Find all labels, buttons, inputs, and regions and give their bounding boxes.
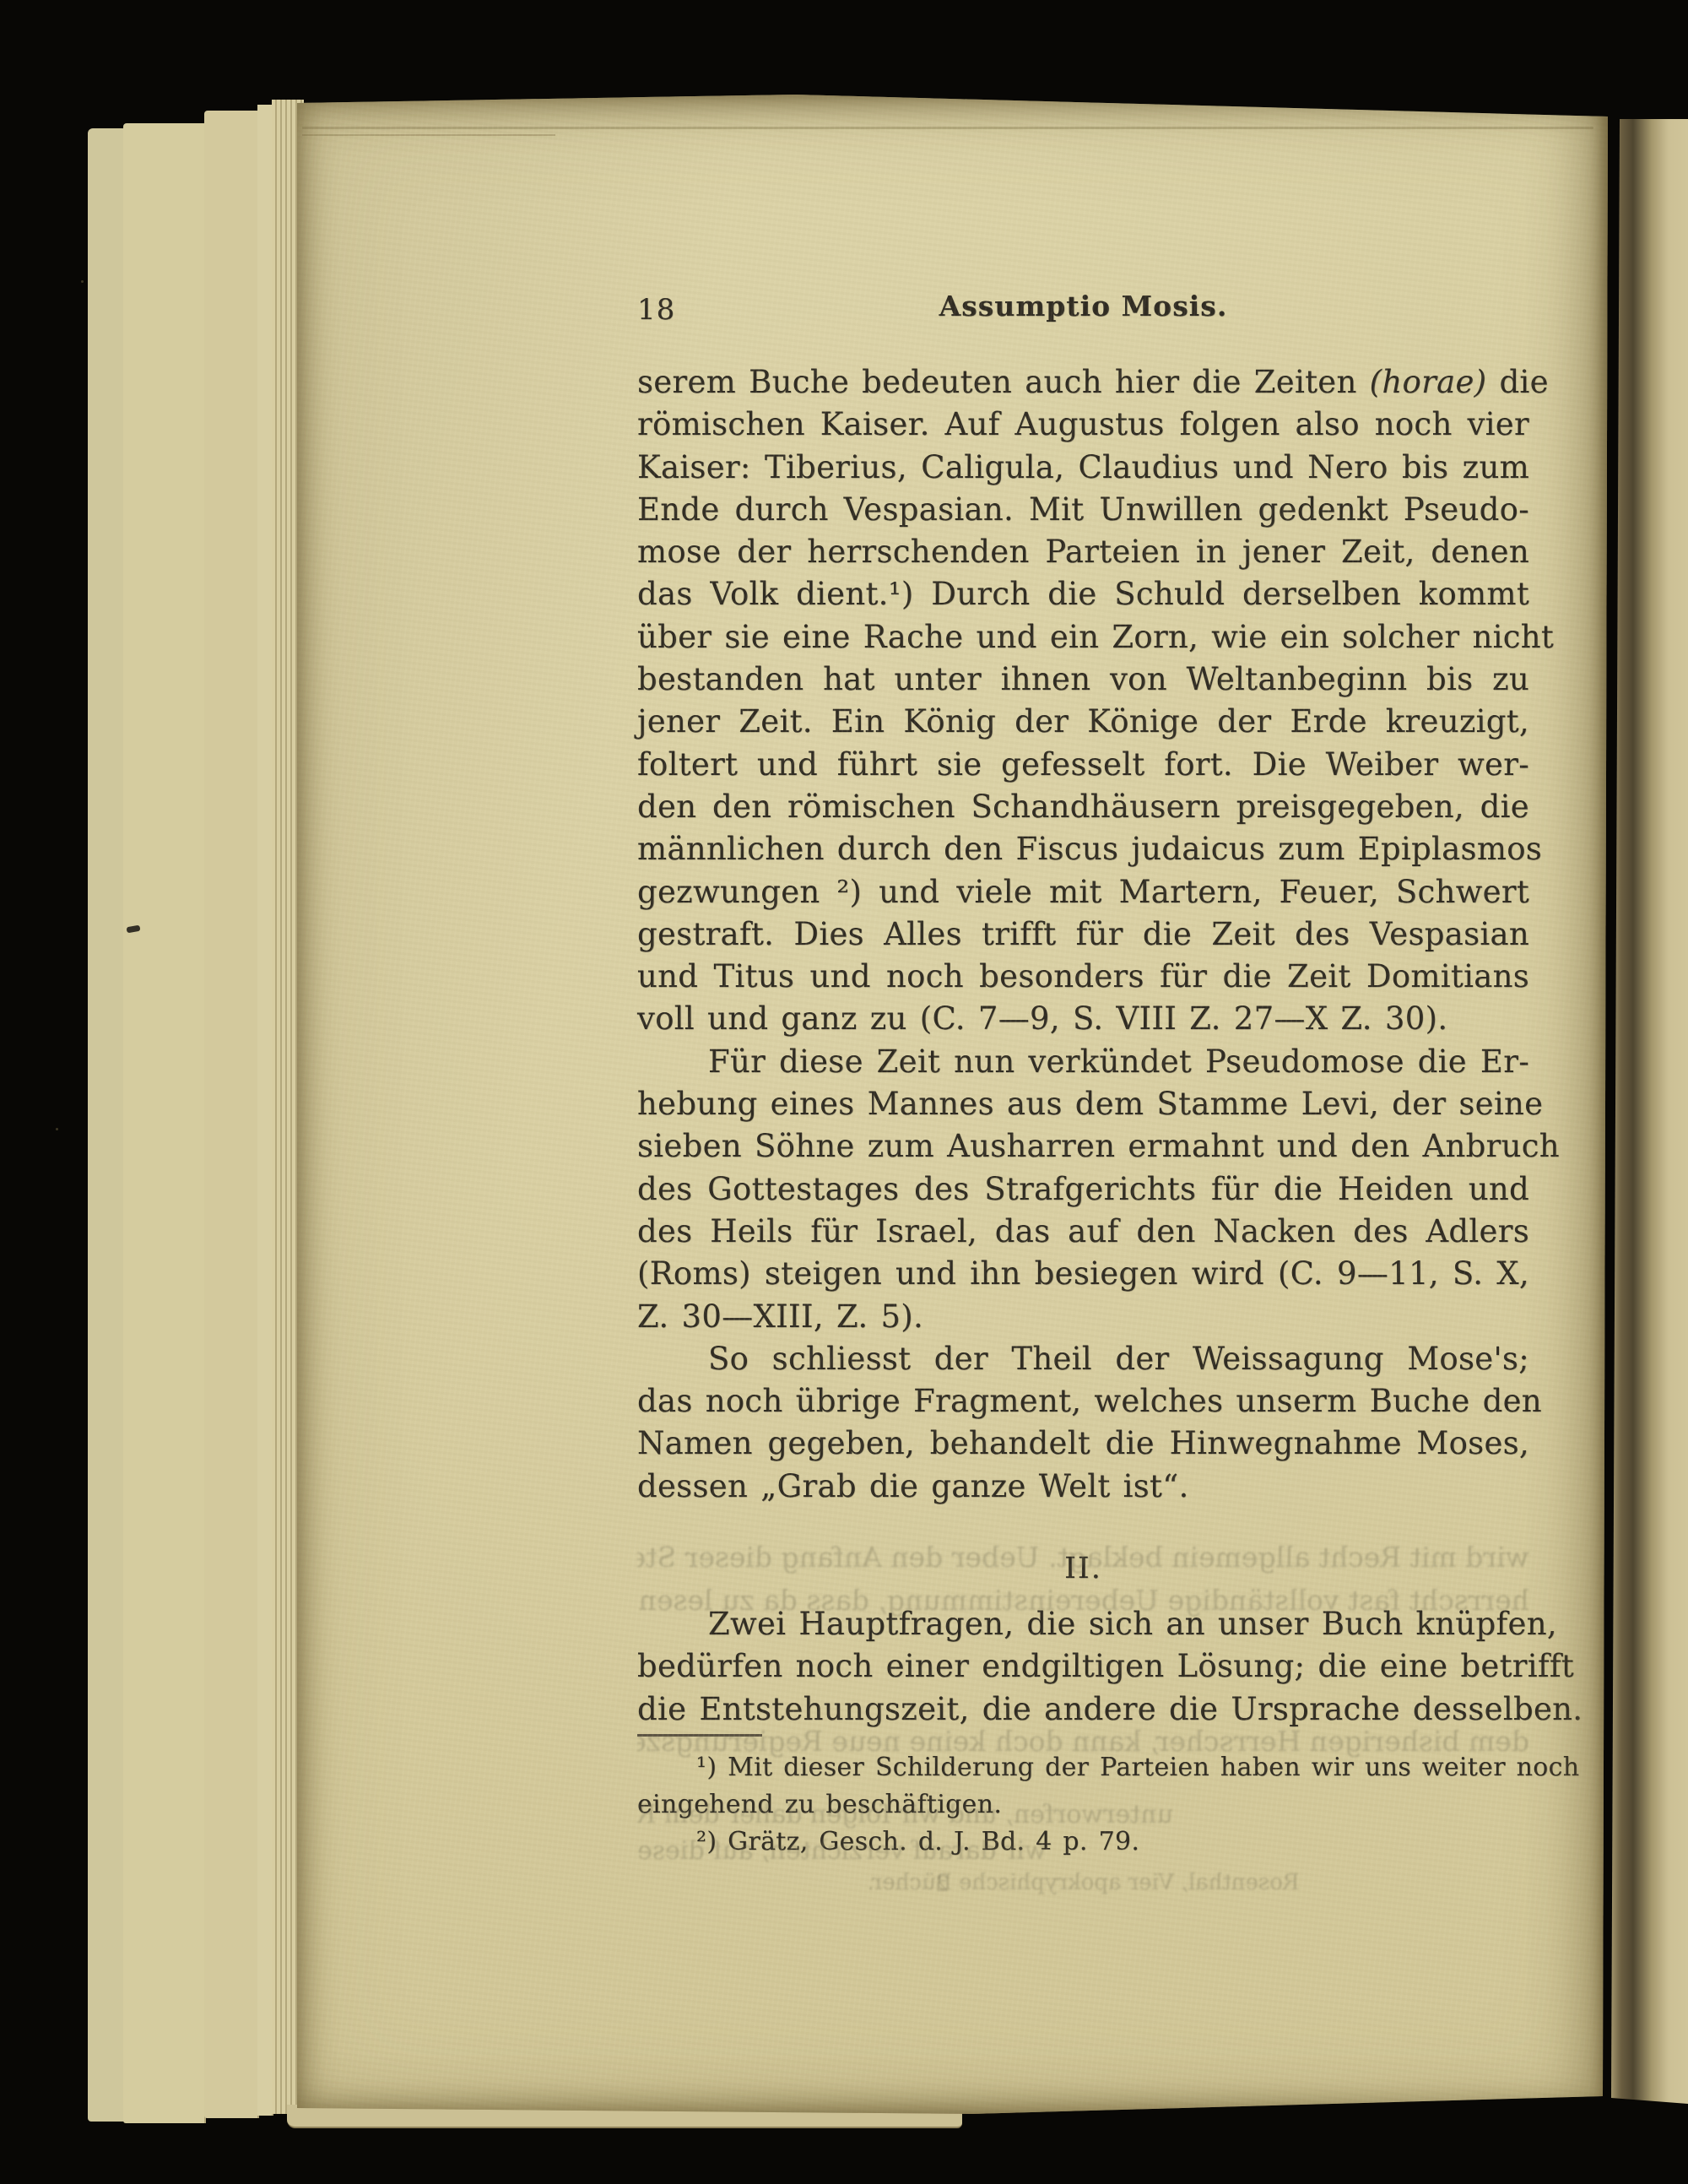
- nested-page-top-edge: [302, 127, 1593, 129]
- text-line: gestraft. Dies Alles trifft für die Zeit…: [637, 913, 1529, 956]
- text-line: bestanden hat unter ihnen von Weltanbegi…: [637, 658, 1529, 701]
- text-line: das Volk dient.¹) Durch die Schuld derse…: [637, 573, 1529, 615]
- page-stack-strip: [123, 123, 206, 2123]
- running-header: Assumptio Mosis.: [637, 290, 1529, 322]
- text-line: und Titus und noch besonders für die Zei…: [637, 956, 1529, 998]
- text-line: das noch übrige Fragment, welches unserm…: [637, 1380, 1529, 1423]
- bleed-through-text: herrscht fast vollständige Uebereinstimm…: [637, 1584, 1529, 1617]
- text-line: Z. 30—XIII, Z. 5).: [637, 1296, 1529, 1338]
- bleed-through-text: wir darauf verzichten, auf diese: [637, 1836, 1529, 1866]
- text-line: römischen Kaiser. Auf Augustus folgen al…: [637, 404, 1529, 446]
- text-line: des Heils für Israel, das auf den Nacken…: [637, 1211, 1529, 1253]
- text-line: Kaiser: Tiberius, Caligula, Claudius und…: [637, 447, 1529, 489]
- page-stack-strip: [88, 128, 126, 2122]
- text-line: gezwungen ²) und viele mit Martern, Feue…: [637, 871, 1529, 913]
- text-flow: serem Buche bedeuten auch hier die Zeite…: [637, 361, 1529, 1861]
- text-line: Ende durch Vespasian. Mit Unwillen geden…: [637, 489, 1529, 531]
- text-line: hebung eines Mannes aus dem Stamme Levi,…: [637, 1083, 1529, 1125]
- dust-speck: [56, 1128, 58, 1130]
- text-line: serem Buche bedeuten auch hier die Zeite…: [637, 361, 1529, 404]
- text-line: foltert und führt sie gefesselt fort. Di…: [637, 744, 1529, 786]
- nested-page-top-edge: [302, 134, 555, 136]
- text-line: des Gottestages des Strafgerichts für di…: [637, 1168, 1529, 1211]
- text-line: den den römischen Schandhäusern preisgeg…: [637, 786, 1529, 828]
- book-photo: 18 Assumptio Mosis. serem Buche bedeuten…: [0, 0, 1688, 2184]
- bleed-through-text: Rosenthal, Vier apokryphische Bücher.: [637, 1870, 1529, 1895]
- text-line: bedürfen noch einer endgiltigen Lösung; …: [637, 1645, 1529, 1688]
- text-line: So schliesst der Theil der Weissagung Mo…: [637, 1338, 1529, 1380]
- text-line: Namen gegeben, behandelt die Hinwegnahme…: [637, 1423, 1529, 1465]
- dust-speck: [81, 280, 84, 283]
- text-line: männlichen durch den Fiscus judaicus zum…: [637, 828, 1529, 870]
- bleed-through-text: unterworfen, und wir folgen daher dem R: [637, 1800, 1529, 1829]
- text-line: sieben Söhne zum Ausharren ermahnt und d…: [637, 1125, 1529, 1168]
- text-line: voll und ganz zu (C. 7—9, S. VIII Z. 27—…: [637, 998, 1529, 1040]
- text-line: dessen „Grab die ganze Welt ist“.: [637, 1466, 1529, 1508]
- text-line: (Roms) steigen und ihn besiegen wird (C.…: [637, 1253, 1529, 1295]
- page-header: 18 Assumptio Mosis.: [637, 290, 1529, 330]
- book-page: 18 Assumptio Mosis. serem Buche bedeuten…: [297, 95, 1608, 2115]
- text-line: Für diese Zeit nun verkündet Pseudomose …: [637, 1041, 1529, 1083]
- text-line: über sie eine Rache und ein Zorn, wie ei…: [637, 616, 1529, 658]
- text-line: mose der herrschenden Parteien in jener …: [637, 531, 1529, 573]
- text-line: jener Zeit. Ein König der Könige der Erd…: [637, 701, 1529, 743]
- page-stack-strip: [204, 111, 259, 2118]
- bleed-through-text: wird mit Recht allgemein beklagt. Ueber …: [637, 1541, 1529, 1574]
- bleed-through-text: 2: [935, 1872, 949, 1897]
- facing-page-edge: [1608, 119, 1688, 2104]
- bleed-through-text: dem bisherigen Herrscher, kann doch kein…: [637, 1725, 1529, 1758]
